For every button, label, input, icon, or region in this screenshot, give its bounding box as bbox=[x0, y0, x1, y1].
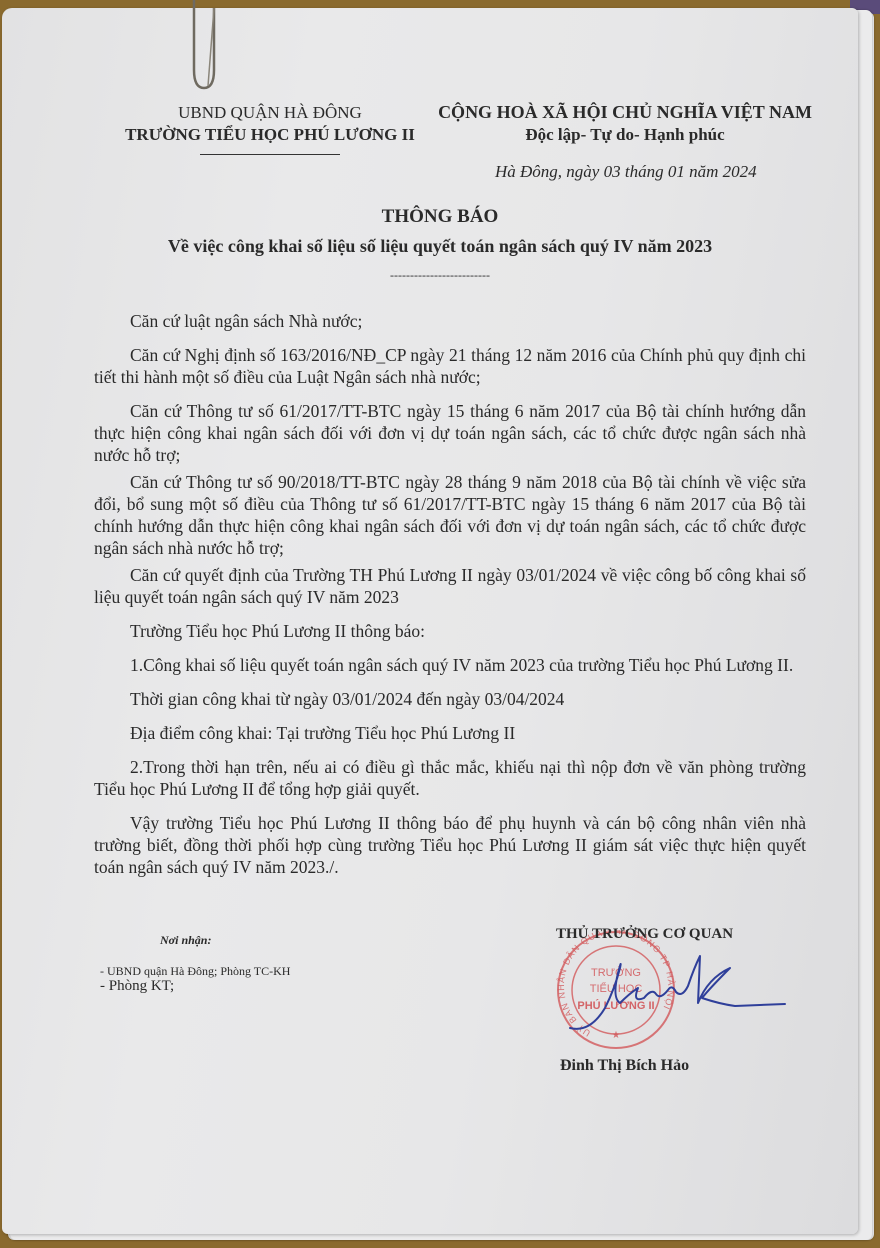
paragraph: Trường Tiểu học Phú Lương II thông báo: bbox=[94, 620, 806, 642]
paragraph: Thời gian công khai từ ngày 03/01/2024 đ… bbox=[94, 688, 806, 710]
recipient-item: - UBND quận Hà Đông; Phòng TC-KH bbox=[100, 964, 290, 979]
paragraph: 2.Trong thời hạn trên, nếu ai có điều gì… bbox=[94, 756, 806, 800]
national-heading-block: CỘNG HOÀ XÃ HỘI CHỦ NGHĨA VIỆT NAM Độc l… bbox=[425, 100, 825, 146]
document-body: Căn cứ luật ngân sách Nhà nước; Căn cứ N… bbox=[94, 310, 806, 878]
place-date: Hà Đông, ngày 03 tháng 01 năm 2024 bbox=[495, 162, 757, 182]
paragraph: Căn cứ Thông tư số 90/2018/TT-BTC ngày 2… bbox=[94, 471, 806, 559]
document: UBND QUẬN HÀ ĐÔNG TRƯỜNG TIỂU HỌC PHÚ LƯ… bbox=[0, 0, 880, 1248]
issuing-authority-block: UBND QUẬN HÀ ĐÔNG TRƯỜNG TIỂU HỌC PHÚ LƯ… bbox=[110, 102, 430, 155]
paragraph: Căn cứ Thông tư số 61/2017/TT-BTC ngày 1… bbox=[94, 400, 806, 466]
paragraph: 1.Công khai số liệu quyết toán ngân sách… bbox=[94, 654, 806, 676]
document-title: THÔNG BÁO bbox=[0, 206, 880, 228]
paragraph: Căn cứ luật ngân sách Nhà nước; bbox=[94, 310, 806, 332]
header-underline bbox=[200, 154, 340, 155]
paragraph: Căn cứ quyết định của Trường TH Phú Lươn… bbox=[94, 564, 806, 608]
title-separator: ------------------------- bbox=[0, 268, 880, 283]
signatory-name: Đinh Thị Bích Hảo bbox=[560, 1057, 689, 1075]
recipients-label: Nơi nhận: bbox=[160, 933, 211, 948]
paragraph: Vậy trường Tiểu học Phú Lương II thông b… bbox=[94, 812, 806, 878]
organization-name: TRƯỜNG TIỂU HỌC PHÚ LƯƠNG II bbox=[110, 124, 430, 146]
recipient-item: - Phòng KT; bbox=[100, 978, 174, 995]
signatory-title: THỦ TRƯỞNG CƠ QUAN bbox=[556, 926, 733, 943]
paragraph: Căn cứ Nghị định số 163/2016/NĐ_CP ngày … bbox=[94, 344, 806, 388]
paragraph: Địa điểm công khai: Tại trường Tiểu học … bbox=[94, 722, 806, 744]
document-subtitle: Về việc công khai số liệu số liệu quyết … bbox=[0, 236, 880, 257]
handwritten-signature-icon bbox=[560, 948, 790, 1038]
authority-name: UBND QUẬN HÀ ĐÔNG bbox=[110, 102, 430, 124]
national-motto: Độc lập- Tự do- Hạnh phúc bbox=[425, 124, 825, 146]
national-title: CỘNG HOÀ XÃ HỘI CHỦ NGHĨA VIỆT NAM bbox=[425, 100, 825, 124]
